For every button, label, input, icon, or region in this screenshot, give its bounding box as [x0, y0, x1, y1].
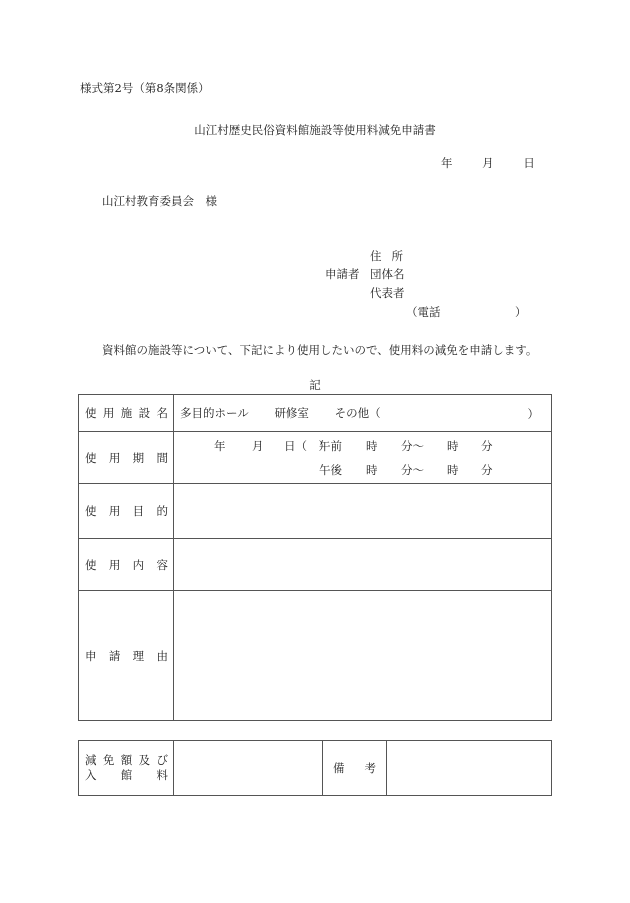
reduction-field[interactable] — [174, 741, 323, 796]
purpose-field[interactable] — [174, 484, 552, 539]
table-row-facility: 使用施設名 多目的ホール 研修室 その他（ ） — [79, 395, 552, 432]
addressee: 山江村教育委員会 様 — [102, 193, 217, 209]
date-month: 月 — [482, 155, 494, 171]
applicant-label: 申請者 — [325, 266, 360, 282]
form-number: 様式第2号（第8条関係） — [80, 80, 210, 96]
content-field[interactable] — [174, 539, 552, 591]
table-row-reason: 申請理由 — [79, 591, 552, 721]
application-table: 使用施設名 多目的ホール 研修室 その他（ ） 使用期間 年 月 日（ ） 午前… — [78, 394, 552, 721]
date-day: 日 — [523, 155, 535, 171]
table-row-content: 使用内容 — [79, 539, 552, 591]
facility-label: 使用施設名 — [79, 395, 174, 432]
period-label: 使用期間 — [79, 432, 174, 484]
application-statement: 資料館の施設等について、下記により使用したいので、使用料の減免を申請します。 — [102, 342, 537, 358]
option-training-room[interactable]: 研修室 — [274, 406, 309, 420]
date-field: 年 月 日 — [441, 155, 535, 171]
table-row-purpose: 使用目的 — [79, 484, 552, 539]
remarks-label: 備考 — [323, 741, 387, 796]
reason-field[interactable] — [174, 591, 552, 721]
option-other-close: ） — [528, 406, 540, 422]
reduction-table: 減免額及び 入館料 備考 — [78, 740, 552, 796]
period-am-line: 年 月 日（ ） 午前 時 分～ 時 分 — [174, 434, 551, 458]
period-pm-line: 午後 時 分～ 時 分 — [174, 458, 551, 482]
phone-label: （電話 — [406, 304, 441, 320]
phone-close: ） — [515, 304, 527, 320]
purpose-label: 使用目的 — [79, 484, 174, 539]
reason-label: 申請理由 — [79, 591, 174, 721]
representative-label: 代表者 — [370, 285, 405, 301]
period-value[interactable]: 年 月 日（ ） 午前 時 分～ 時 分 午後 時 分～ 時 分 — [174, 432, 552, 484]
reduction-label: 減免額及び 入館料 — [79, 741, 174, 796]
address-label: 住所 — [370, 248, 413, 264]
ki-heading: 記 — [0, 377, 630, 393]
content-label: 使用内容 — [79, 539, 174, 591]
organization-label: 団体名 — [370, 266, 405, 282]
table-row-period: 使用期間 年 月 日（ ） 午前 時 分～ 時 分 午後 時 分～ 時 分 — [79, 432, 552, 484]
table-row-reduction: 減免額及び 入館料 備考 — [79, 741, 552, 796]
document-title: 山江村歴史民俗資料館施設等使用料減免申請書 — [0, 122, 630, 138]
option-hall[interactable]: 多目的ホール — [180, 406, 249, 420]
facility-options[interactable]: 多目的ホール 研修室 その他（ ） — [174, 395, 552, 432]
date-year: 年 — [441, 155, 453, 171]
option-other[interactable]: その他（ — [335, 406, 381, 420]
remarks-field[interactable] — [387, 741, 552, 796]
